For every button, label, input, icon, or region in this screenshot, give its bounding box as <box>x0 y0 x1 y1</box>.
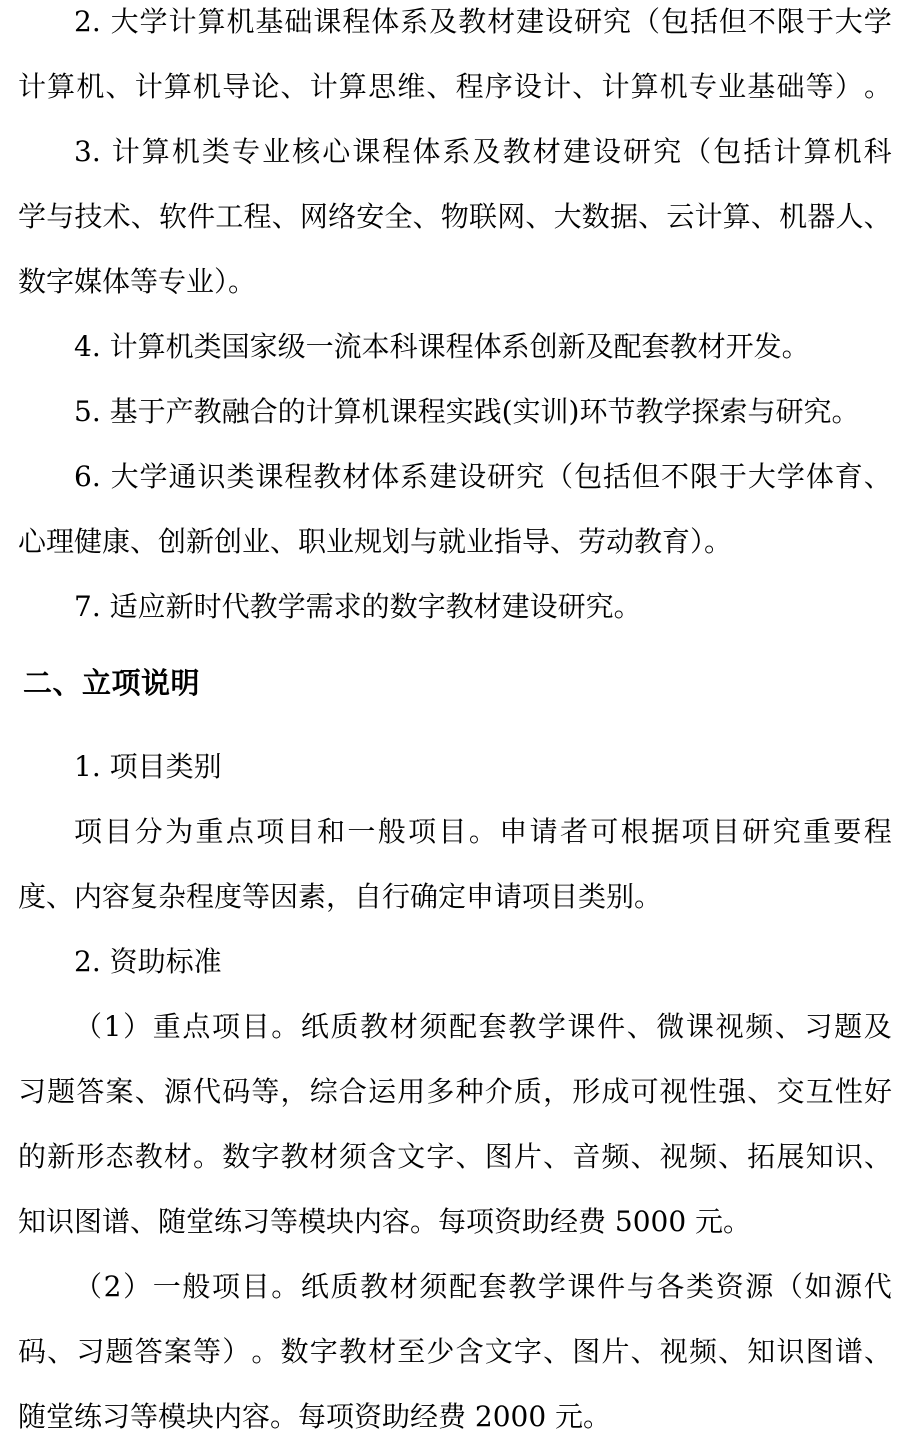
text-fragment: 频 <box>601 1141 629 1173</box>
text-fragment: 件 <box>597 1011 625 1043</box>
text-fragment: 思 <box>368 71 396 103</box>
text-fragment: 片 <box>601 1336 629 1368</box>
text-fragment: （ <box>545 461 573 493</box>
text-fragment: 态 <box>106 1141 134 1173</box>
text-fragment: 目 <box>287 816 315 848</box>
text-fragment: 设 <box>458 461 486 493</box>
text-fragment: 学 <box>140 461 168 493</box>
text-fragment: 习 <box>76 1336 104 1368</box>
text-fragment: 计 <box>601 71 629 103</box>
text-fragment: 题 <box>47 1076 75 1108</box>
text-fragment: 程 <box>284 461 312 493</box>
text-fragment: 2 <box>104 1271 122 1303</box>
text-fragment: 计 <box>695 201 723 233</box>
text-fragment: 代 <box>193 1076 221 1108</box>
text-fragment: 机 <box>172 136 200 168</box>
text-fragment: （ <box>74 1011 102 1043</box>
text-fragment: 程 <box>456 71 484 103</box>
text-fragment: 。 <box>251 1336 279 1368</box>
text-fragment: 合 <box>339 1076 367 1108</box>
text-fragment: 系 <box>443 136 471 168</box>
text-fragment: 大 <box>111 461 139 493</box>
text-fragment: 案 <box>106 1076 134 1108</box>
text-fragment: 但 <box>632 461 660 493</box>
text-fragment: 人 <box>835 201 863 233</box>
text-fragment: 目 <box>242 1271 270 1303</box>
text-fragment: ） <box>123 1271 151 1303</box>
text-fragment: 论 <box>251 71 279 103</box>
text-fragment: 可 <box>590 816 618 848</box>
text-fragment: 课 <box>352 136 380 168</box>
text-fragment: 如 <box>804 1271 832 1303</box>
text-fragment: 材 <box>368 1336 396 1368</box>
text-fragment: 运 <box>368 1076 396 1108</box>
text-fragment: 课 <box>686 1011 714 1043</box>
text-fragment: 专 <box>689 71 717 103</box>
text-fragment: 及 <box>473 136 501 168</box>
text-fragment: 、 <box>638 201 666 233</box>
text-fragment: 视 <box>716 1011 744 1043</box>
text-fragment: 学 <box>18 201 46 233</box>
text-fragment: 性 <box>689 1076 717 1108</box>
text-fragment: 学 <box>777 461 805 493</box>
text-fragment: 根 <box>621 816 649 848</box>
text-fragment: 业 <box>718 71 746 103</box>
text-fragment: 计 <box>112 136 140 168</box>
text-fragment: 目 <box>439 816 467 848</box>
text-fragment: 类 <box>202 136 230 168</box>
text-fragment: 知 <box>806 1141 834 1173</box>
text-line: （2）一般项目。纸质教材须配套教学课件与各类资源（如源代 <box>18 1271 892 1303</box>
text-fragment: 和 <box>317 816 345 848</box>
text-fragment: 不 <box>748 6 776 38</box>
text-fragment: 课 <box>313 6 341 38</box>
text-fragment: 般 <box>182 1271 210 1303</box>
text-fragment: 、 <box>272 201 300 233</box>
text-fragment: 一 <box>153 1271 181 1303</box>
text-fragment: 程 <box>244 201 272 233</box>
text-fragment: 维 <box>397 71 425 103</box>
text-line: 码、习题答案等）。数字教材至少含文字、图片、视频、知识图谱、 <box>18 1336 892 1368</box>
text-fragment: 算 <box>803 136 831 168</box>
text-fragment: 、 <box>864 1141 892 1173</box>
text-fragment: 系 <box>400 461 428 493</box>
text-fragment: 项 <box>74 816 102 848</box>
text-fragment: 数 <box>222 1141 250 1173</box>
text-fragment: 物 <box>441 201 469 233</box>
text-fragment: 限 <box>777 6 805 38</box>
text-fragment: 专 <box>232 136 260 168</box>
text-fragment: 大 <box>835 6 863 38</box>
text-fragment: 、 <box>864 1336 892 1368</box>
text-fragment: 题 <box>834 1011 862 1043</box>
text-fragment: 网 <box>497 201 525 233</box>
text-fragment: 目 <box>104 816 132 848</box>
text-fragment: 申 <box>499 816 527 848</box>
text-line: 5. 基于产教融合的计算机课程实践(实训)环节教学探索与研究。 <box>18 396 892 428</box>
text-fragment: 目 <box>712 816 740 848</box>
text-fragment: 者 <box>560 816 588 848</box>
text-fragment: 工 <box>215 201 243 233</box>
text-fragment: 机 <box>76 71 104 103</box>
text-fragment: 础 <box>776 71 804 103</box>
text-fragment: 计 <box>310 71 338 103</box>
text-fragment: 至 <box>397 1336 425 1368</box>
text-fragment: 软 <box>159 201 187 233</box>
text-line: 项目分为重点项目和一般项目。申请者可根据项目研究重要程 <box>18 816 892 848</box>
text-fragment: 为 <box>165 816 193 848</box>
text-fragment: 目 <box>242 1011 270 1043</box>
text-fragment: 强 <box>718 1076 746 1108</box>
text-fragment: 知 <box>747 1336 775 1368</box>
text-fragment: 文 <box>485 1336 513 1368</box>
text-fragment: 建 <box>516 6 544 38</box>
text-fragment: 1 <box>104 1011 122 1043</box>
text-fragment: 识 <box>835 1141 863 1173</box>
text-fragment: 识 <box>197 461 225 493</box>
text-fragment: 学 <box>864 6 892 38</box>
text-fragment: 算 <box>142 136 170 168</box>
text-fragment: 等 <box>251 1076 279 1108</box>
text-fragment: 性 <box>835 1076 863 1108</box>
text-fragment: 术 <box>103 201 131 233</box>
text-fragment: 算 <box>723 201 751 233</box>
text-fragment: 、 <box>747 1076 775 1108</box>
text-fragment: 请 <box>530 816 558 848</box>
text-fragment: 码 <box>222 1076 250 1108</box>
text-fragment: 项 <box>256 816 284 848</box>
text-fragment: 联 <box>469 201 497 233</box>
text-fragment: 云 <box>666 201 694 233</box>
text-fragment: 业 <box>262 136 290 168</box>
text-fragment: 题 <box>106 1336 134 1368</box>
text-fragment: 少 <box>426 1336 454 1368</box>
text-fragment: 各 <box>656 1271 684 1303</box>
text-fragment: 究 <box>653 136 681 168</box>
text-fragment: 配 <box>449 1011 477 1043</box>
text-fragment: 习 <box>804 1011 832 1043</box>
text-fragment: 体 <box>371 6 399 38</box>
text-fragment: 材 <box>310 1141 338 1173</box>
text-fragment: 码 <box>18 1336 46 1368</box>
text-fragment: 计 <box>169 6 197 38</box>
text-fragment: 技 <box>74 201 102 233</box>
text-fragment: 系 <box>400 6 428 38</box>
text-fragment: 频 <box>745 1011 773 1043</box>
text-fragment: 展 <box>776 1141 804 1173</box>
text-fragment: 材 <box>164 1141 192 1173</box>
text-fragment: 重 <box>153 1011 181 1043</box>
text-fragment: （ <box>775 1271 803 1303</box>
text-fragment: 算 <box>631 71 659 103</box>
text-fragment: 源 <box>164 1076 192 1108</box>
text-fragment: 机 <box>226 6 254 38</box>
text-fragment: 可 <box>631 1076 659 1108</box>
text-fragment: 与 <box>46 201 74 233</box>
text-fragment: 项 <box>682 816 710 848</box>
text-fragment: 机 <box>779 201 807 233</box>
text-fragment: 等 <box>193 1336 221 1368</box>
text-line: 数字媒体等专业）。 <box>18 266 892 298</box>
text-fragment: 答 <box>135 1336 163 1368</box>
text-fragment: 设 <box>593 136 621 168</box>
text-fragment: 、 <box>864 461 892 493</box>
text-fragment: 。 <box>271 1271 299 1303</box>
text-fragment: 器 <box>807 201 835 233</box>
text-fragment: 材 <box>342 461 370 493</box>
text-fragment: 般 <box>378 816 406 848</box>
text-line: 学与技术、软件工程、网络安全、物联网、大数据、云计算、机器人、 <box>18 201 892 233</box>
text-fragment: 字 <box>310 1336 338 1368</box>
text-fragment: 一 <box>347 816 375 848</box>
text-fragment: 配 <box>449 1271 477 1303</box>
text-fragment: （ <box>632 6 660 38</box>
text-fragment: 通 <box>169 461 197 493</box>
text-fragment: 质 <box>330 1271 358 1303</box>
text-fragment: 机 <box>660 71 688 103</box>
text-fragment: 计 <box>18 71 46 103</box>
text-fragment: 究 <box>516 461 544 493</box>
text-fragment: 研 <box>742 816 770 848</box>
text-line: 习题答案、源代码等，综合运用多种介质，形成可视性强、交互性好 <box>18 1076 892 1108</box>
text-fragment: ， <box>543 1076 571 1108</box>
text-fragment: 、 <box>751 201 779 233</box>
text-fragment: 。 <box>271 1011 299 1043</box>
text-fragment: 代 <box>864 1271 892 1303</box>
text-fragment: 新 <box>47 1141 75 1173</box>
text-fragment: 形 <box>76 1141 104 1173</box>
text-fragment: 程 <box>864 816 892 848</box>
text-fragment: 与 <box>627 1271 655 1303</box>
text-fragment: 须 <box>419 1271 447 1303</box>
text-fragment: 体 <box>806 461 834 493</box>
text-fragment: 教 <box>458 6 486 38</box>
text-line: 度、内容复杂程度等因素，自行确定申请项目类别。 <box>18 881 892 913</box>
text-fragment: 计 <box>773 136 801 168</box>
text-fragment: 材 <box>533 136 561 168</box>
text-fragment: 重 <box>196 816 224 848</box>
text-fragment: 基 <box>255 6 283 38</box>
text-fragment: 。 <box>864 71 892 103</box>
text-fragment: 含 <box>456 1336 484 1368</box>
text-line: 的新形态教材。数字教材须含文字、图片、音频、视频、拓展知识、 <box>18 1141 892 1173</box>
text-fragment: 类 <box>226 461 254 493</box>
text-line: 3. 计算机类专业核心课程体系及教材建设研究（包括计算机科 <box>18 136 892 168</box>
text-line: 6. 大学通识类课程教材体系建设研究（包括但不限于大学体育、 <box>18 461 892 493</box>
text-fragment: 序 <box>485 71 513 103</box>
text-fragment: 、 <box>47 1336 75 1368</box>
text-fragment: 种 <box>456 1076 484 1108</box>
text-fragment: 核 <box>292 136 320 168</box>
text-fragment: 程 <box>382 136 410 168</box>
text-fragment: 图 <box>806 1336 834 1368</box>
text-fragment: 项 <box>212 1271 240 1303</box>
text-fragment: 大 <box>554 201 582 233</box>
text-fragment: 但 <box>719 6 747 38</box>
text-fragment: 包 <box>661 6 689 38</box>
text-fragment: 重 <box>803 816 831 848</box>
text-fragment: 点 <box>226 816 254 848</box>
text-fragment: 、 <box>426 71 454 103</box>
text-fragment: 答 <box>76 1076 104 1108</box>
text-fragment: 教 <box>508 1011 536 1043</box>
section-heading: 二、立项说明 <box>18 668 892 701</box>
text-fragment: 体 <box>371 461 399 493</box>
text-fragment: 据 <box>610 201 638 233</box>
text-fragment: 形 <box>572 1076 600 1108</box>
text-fragment: 于 <box>719 461 747 493</box>
text-fragment: 材 <box>390 1271 418 1303</box>
text-fragment: 及 <box>429 6 457 38</box>
text-fragment: 据 <box>651 816 679 848</box>
text-fragment: 研 <box>574 6 602 38</box>
text-fragment: 、 <box>456 1141 484 1173</box>
text-line: 4. 计算机类国家级一流本科课程体系创新及配套教材开发。 <box>18 331 892 363</box>
text-fragment: 包 <box>574 461 602 493</box>
text-fragment: 计 <box>543 71 571 103</box>
text-fragment: 包 <box>713 136 741 168</box>
text-fragment: 数 <box>281 1336 309 1368</box>
text-fragment: 图 <box>485 1141 513 1173</box>
text-fragment: 体 <box>412 136 440 168</box>
text-line: 2. 资助标准 <box>18 946 892 978</box>
text-fragment: 课 <box>255 461 283 493</box>
text-fragment: 、 <box>631 1336 659 1368</box>
text-fragment: 质 <box>330 1011 358 1043</box>
text-fragment: 交 <box>776 1076 804 1108</box>
text-fragment: （ <box>74 1271 102 1303</box>
text-fragment: 教 <box>508 1271 536 1303</box>
text-line: 7. 适应新时代教学需求的数字教材建设研究。 <box>18 591 892 623</box>
text-fragment: 、 <box>525 201 553 233</box>
text-fragment: 6. <box>74 461 110 493</box>
text-fragment: 、 <box>775 1011 803 1043</box>
text-fragment: 件 <box>597 1271 625 1303</box>
text-fragment: 括 <box>690 6 718 38</box>
text-fragment: 建 <box>429 461 457 493</box>
text-fragment: 学 <box>538 1011 566 1043</box>
text-fragment: （ <box>683 136 711 168</box>
text-fragment: 质 <box>514 1076 542 1108</box>
text-fragment: 资 <box>716 1271 744 1303</box>
text-fragment: 究 <box>603 6 631 38</box>
text-fragment: 介 <box>485 1076 513 1108</box>
text-fragment: 学 <box>538 1271 566 1303</box>
text-fragment: 括 <box>603 461 631 493</box>
text-fragment: 综 <box>310 1076 338 1108</box>
text-fragment: 究 <box>773 816 801 848</box>
text-fragment: 网 <box>300 201 328 233</box>
text-fragment: 研 <box>623 136 651 168</box>
text-fragment: 2. <box>74 6 110 38</box>
text-fragment: 育 <box>835 461 863 493</box>
text-fragment: 设 <box>514 71 542 103</box>
text-fragment: 机 <box>193 71 221 103</box>
text-fragment: 、 <box>131 201 159 233</box>
text-fragment: 、 <box>106 71 134 103</box>
text-fragment: 科 <box>864 136 892 168</box>
text-fragment: 础 <box>284 6 312 38</box>
text-fragment: 。 <box>469 816 497 848</box>
text-fragment: 习 <box>18 1076 46 1108</box>
text-fragment: 字 <box>251 1141 279 1173</box>
text-fragment: 好 <box>864 1076 892 1108</box>
text-fragment: 套 <box>479 1271 507 1303</box>
text-fragment: ， <box>281 1076 309 1108</box>
text-fragment: 音 <box>572 1141 600 1173</box>
text-fragment: 要 <box>833 816 861 848</box>
text-fragment: 程 <box>342 6 370 38</box>
text-fragment: 教 <box>360 1271 388 1303</box>
text-fragment: 及 <box>864 1011 892 1043</box>
text-fragment: 案 <box>164 1336 192 1368</box>
text-fragment: 研 <box>487 461 515 493</box>
text-fragment: 课 <box>567 1271 595 1303</box>
text-fragment: 等 <box>806 71 834 103</box>
text-fragment: 、 <box>413 201 441 233</box>
text-fragment: 识 <box>776 1336 804 1368</box>
text-fragment: 不 <box>661 461 689 493</box>
text-line: 心理健康、创新创业、职业规划与就业指导、劳动教育）。 <box>18 526 892 558</box>
text-fragment: 络 <box>328 201 356 233</box>
text-fragment: 算 <box>339 71 367 103</box>
text-fragment: 学 <box>140 6 168 38</box>
text-fragment: 材 <box>487 6 515 38</box>
text-fragment: 多 <box>426 1076 454 1108</box>
text-fragment: 、 <box>572 71 600 103</box>
text-fragment: 教 <box>135 1141 163 1173</box>
text-line: （1）重点项目。纸质教材须配套教学课件、微课视频、习题及 <box>18 1011 892 1043</box>
text-fragment: 大 <box>111 6 139 38</box>
text-fragment: 材 <box>390 1011 418 1043</box>
text-fragment: 图 <box>572 1336 600 1368</box>
text-fragment: 教 <box>281 1141 309 1173</box>
text-fragment: 片 <box>514 1141 542 1173</box>
text-fragment: 导 <box>222 71 250 103</box>
text-fragment: 视 <box>660 1076 688 1108</box>
text-fragment: 安 <box>356 201 384 233</box>
text-fragment: 纸 <box>301 1011 329 1043</box>
text-fragment: 含 <box>368 1141 396 1173</box>
text-fragment: 、 <box>281 71 309 103</box>
text-fragment: 字 <box>426 1141 454 1173</box>
text-line: 知识图谱、随堂练习等模块内容。每项资助经费 5000 元。 <box>18 1206 892 1238</box>
text-fragment: 、 <box>718 1141 746 1173</box>
text-line: 1. 项目类别 <box>18 751 892 783</box>
text-fragment: 。 <box>193 1141 221 1173</box>
text-fragment: 、 <box>135 1076 163 1108</box>
text-fragment: 大 <box>748 461 776 493</box>
text-fragment: 件 <box>187 201 215 233</box>
text-fragment: 全 <box>384 201 412 233</box>
text-fragment: 设 <box>545 6 573 38</box>
text-fragment: 字 <box>514 1336 542 1368</box>
text-fragment: ） <box>835 71 863 103</box>
text-line: 计算机、计算机导论、计算思维、程序设计、计算机专业基础等）。 <box>18 71 892 103</box>
text-fragment: 拓 <box>747 1141 775 1173</box>
text-fragment: 、 <box>631 1141 659 1173</box>
document-page: 2. 大学计算机基础课程体系及教材建设研究（包括但不限于大学计算机、计算机导论、… <box>0 0 908 1453</box>
text-fragment: 成 <box>601 1076 629 1108</box>
text-fragment: 的 <box>18 1141 46 1173</box>
text-fragment: 文 <box>397 1141 425 1173</box>
text-fragment: 须 <box>339 1141 367 1173</box>
text-fragment: 建 <box>563 136 591 168</box>
text-fragment: 基 <box>747 71 775 103</box>
text-fragment: 教 <box>503 136 531 168</box>
text-fragment: 类 <box>686 1271 714 1303</box>
text-fragment: 项 <box>212 1011 240 1043</box>
